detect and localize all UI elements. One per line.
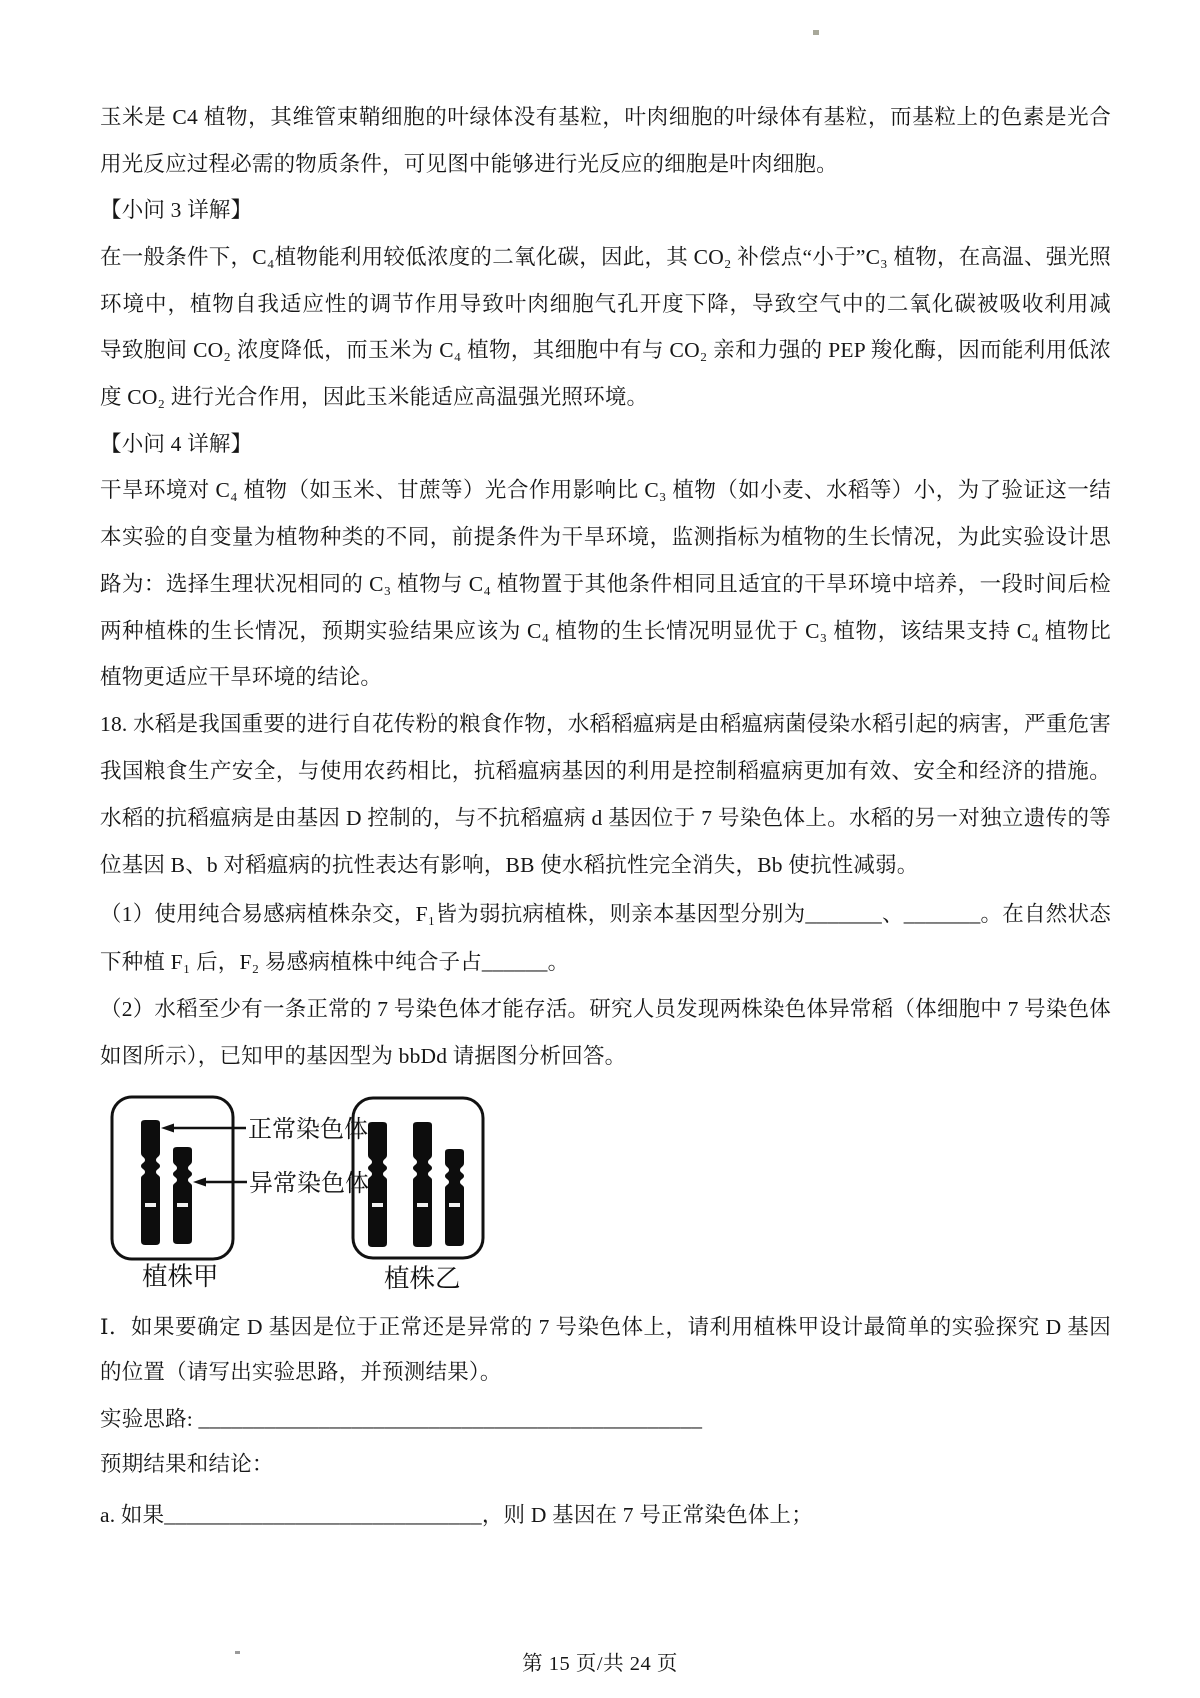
section-header: 【小问 4 详解】 [100,431,1111,458]
normal-chromosome [141,1120,160,1245]
chromosome-band [177,1203,188,1207]
question-part-2: （2）水稻至少有一条正常的 7 号染色体才能存活。研究人员发现两株染色体异常稻（… [100,996,1111,1023]
chromosome [445,1149,464,1246]
text-line: 在一般条件下，C₄植物能利用较低浓度的二氧化碳，因此，其 CO₂ 补偿点“小于”… [100,244,1111,271]
text-line: 的位置（请写出实验思路，并预测结果）。 [100,1359,1111,1386]
abnormal-chromosome-label: 异常染色体 [249,1170,369,1197]
text-line: 度 CO₂ 进行光合作用，因此玉米能适应高温强光照环境。 [100,384,1111,411]
text-line: 水稻的抗稻瘟病是由基因 D 控制的，与不抗稻瘟病 d 基因位于 7 号染色体上。… [100,805,1111,832]
text-line: 本实验的自变量为植物种类的不同，前提条件为干旱环境，监测指标为植物的生长情况，为… [100,524,1111,551]
plant-a-box [112,1097,233,1259]
abnormal-chromosome [173,1147,192,1244]
chromosome-band [372,1203,383,1207]
text-line: 环境中，植物自我适应性的调节作用导致叶肉细胞气孔开度下降，导致空气中的二氧化碳被… [100,291,1111,318]
question-part-1: （1）使用纯合易感病植株杂交，F₁皆为弱抗病植株，则亲本基因型分别为______… [100,901,1111,928]
arrow-head-icon [193,1178,206,1187]
plant-a-label: 植株甲 [142,1262,219,1291]
result-a-line: a. 如果_____________________________，则 D 基… [100,1502,1111,1529]
text-line: 玉米是 C4 植物，其维管束鞘细胞的叶绿体没有基粒，叶肉细胞的叶绿体有基粒，而基… [100,104,1111,131]
section-header: 【小问 3 详解】 [100,197,1111,224]
text-line: 如图所示），已知甲的基因型为 bbDd 请据图分析回答。 [100,1043,1111,1070]
chromosome [413,1122,432,1247]
text-line: 干旱环境对 C₄ 植物（如玉米、甘蔗等）光合作用影响比 C₃ 植物（如小麦、水稻… [100,477,1111,504]
page-number: 第 15 页/共 24 页 [0,1646,1200,1676]
plant-b-label: 植株乙 [384,1264,461,1293]
chromosome-figure: 正常染色体 异常染色体 植株甲 植株乙 [100,1086,495,1294]
text-line: 位基因 B、b 对稻瘟病的抗性表达有影响，BB 使水稻抗性完全消失，Bb 使抗性… [100,852,1111,879]
chromosome-band [417,1203,428,1207]
text-line: 我国粮食生产安全，与使用农药相比，抗稻瘟病基因的利用是控制稻瘟病更加有效、安全和… [100,758,1111,785]
text-line: 预期结果和结论： [100,1451,1111,1478]
text-line: 植物更适应干旱环境的结论。 [100,664,1111,691]
scan-artifact-dot [813,30,819,35]
text-line: 下种植 F₁ 后，F₂ 易感病植株中纯合子占______。 [100,949,1111,976]
question-18-intro: 18. 水稻是我国重要的进行自花传粉的粮食作物，水稻稻瘟病是由稻瘟病菌侵染水稻引… [100,711,1111,738]
document-page: 玉米是 C4 植物，其维管束鞘细胞的叶绿体没有基粒，叶肉细胞的叶绿体有基粒，而基… [0,0,1200,1698]
text-line: 用光反应过程必需的物质条件，可见图中能够进行光反应的细胞是叶肉细胞。 [100,151,1111,178]
chromosome-band [145,1203,156,1207]
experiment-blank-line: 实验思路: __________________________________… [100,1406,1111,1433]
chromosome-band [449,1203,460,1207]
text-line: 路为：选择生理状况相同的 C₃ 植物与 C₄ 植物置于其他条件相同且适宜的干旱环… [100,571,1111,598]
arrow-head-icon [161,1124,174,1133]
sub-question-I: Ⅰ．如果要确定 D 基因是位于正常还是异常的 7 号染色体上，请利用植株甲设计最… [100,1314,1111,1341]
text-line: 导致胞间 CO₂ 浓度降低，而玉米为 C₄ 植物，其细胞中有与 CO₂ 亲和力强… [100,337,1111,364]
normal-chromosome-label: 正常染色体 [248,1116,368,1143]
chromosome [368,1122,387,1247]
text-line: 两种植株的生长情况，预期实验结果应该为 C₄ 植物的生长情况明显优于 C₃ 植物… [100,618,1111,645]
